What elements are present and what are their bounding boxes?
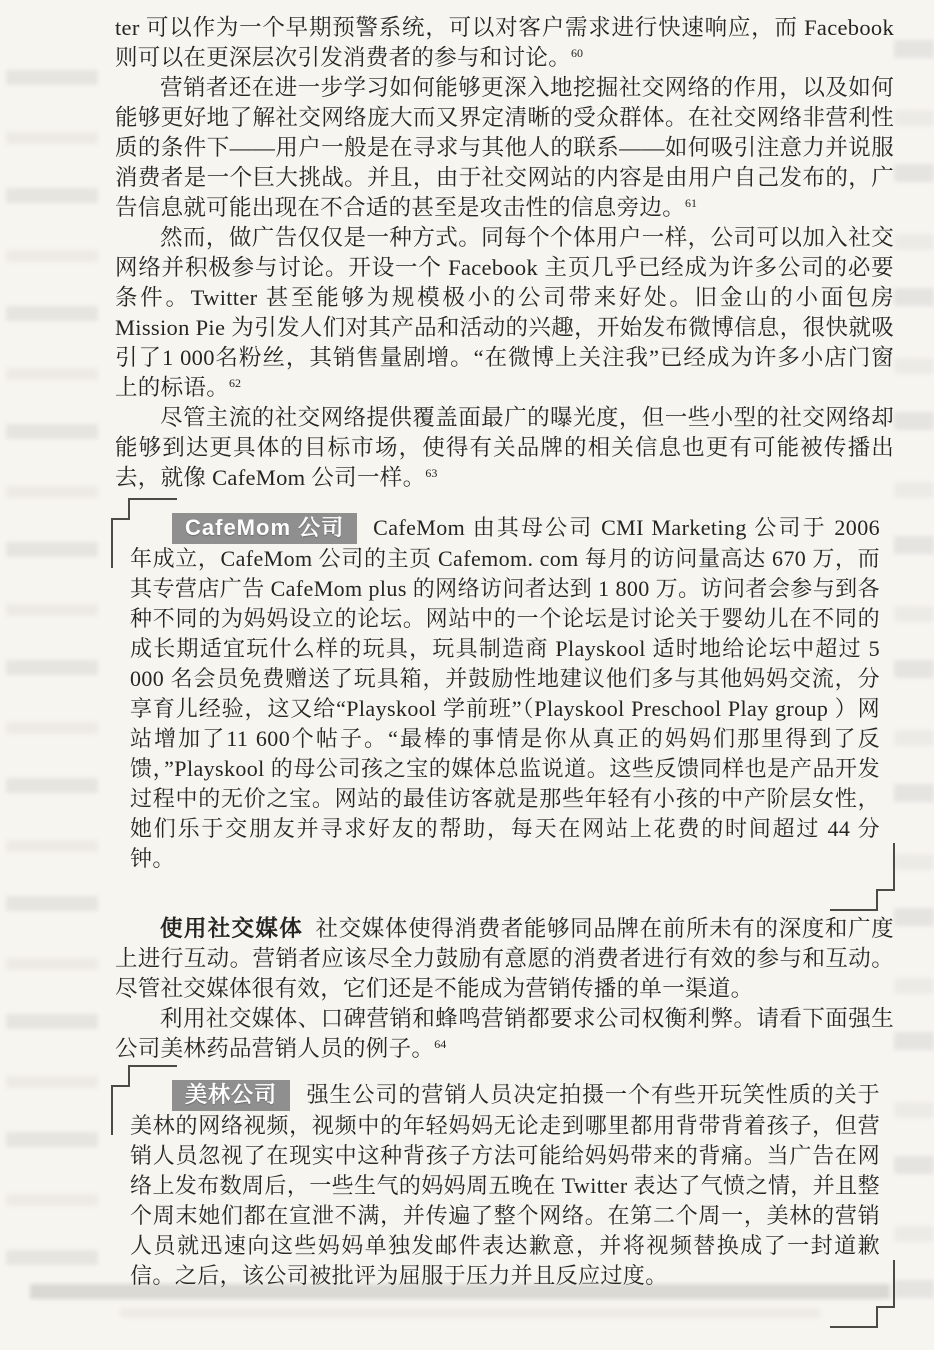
- paragraph-text: 然而，做广告仅仅是一种方式。同每个个体用户一样，公司可以加入社交网络并积极参与讨…: [115, 225, 894, 400]
- case-text: 强生公司的营销人员决定拍摄一个有些开玩笑性质的关于美林的网络视频，视频中的年轻妈…: [130, 1082, 880, 1288]
- footnote-ref-61: 61: [685, 196, 697, 210]
- body-paragraph-4: 尽管主流的社交网络提供覆盖面最广的曝光度，但一些小型的社交网络却能够到达更具体的…: [115, 403, 894, 493]
- body-paragraph-5: 利用社交媒体、口碑营销和蜂鸣营销都要求公司权衡利弊。请看下面强生公司美林药品营销…: [115, 1004, 894, 1064]
- case-box-cafemom: CafeMom 公司CafeMom 由其母公司 CMI Marketing 公司…: [130, 513, 880, 874]
- page-bleed-artifact-left: [6, 70, 98, 1300]
- footnote-ref-63: 63: [425, 466, 437, 480]
- case-paragraph: 美林公司强生公司的营销人员决定拍摄一个有些开玩笑性质的关于美林的网络视频，视频中…: [130, 1080, 880, 1291]
- case-paragraph: CafeMom 公司CafeMom 由其母公司 CMI Marketing 公司…: [130, 513, 880, 874]
- body-paragraph-2: 营销者还在进一步学习如何能够更深入地挖掘社交网络的作用，以及如何能够更好地了解社…: [115, 73, 894, 223]
- footnote-ref-64: 64: [434, 1037, 446, 1051]
- case-text: CafeMom 由其母公司 CMI Marketing 公司于 2006 年成立…: [130, 515, 880, 871]
- page-bleed-artifact-right: [894, 40, 934, 1300]
- section-paragraph-social-media: 使用社交媒体社交媒体使得消费者能够同品牌在前所未有的深度和广度上进行互动。营销者…: [115, 914, 894, 1004]
- body-paragraph-3: 然而，做广告仅仅是一种方式。同每个个体用户一样，公司可以加入社交网络并积极参与讨…: [115, 223, 894, 403]
- book-page: ter 可以作为一个早期预警系统，可以对客户需求进行快速响应，而 Faceboo…: [0, 0, 934, 1350]
- body-paragraph-1: ter 可以作为一个早期预警系统，可以对客户需求进行快速响应，而 Faceboo…: [115, 13, 894, 73]
- footnote-ref-60: 60: [571, 46, 583, 60]
- footnote-ref-62: 62: [229, 376, 241, 390]
- case-label-cafemom: CafeMom 公司: [172, 513, 357, 544]
- page-bleed-artifact-bottom-2: [120, 1308, 820, 1318]
- text-column: ter 可以作为一个早期预警系统，可以对客户需求进行快速响应，而 Faceboo…: [115, 13, 894, 1291]
- paragraph-text: ter 可以作为一个早期预警系统，可以对客户需求进行快速响应，而 Faceboo…: [115, 15, 894, 70]
- case-box-meilin: 美林公司强生公司的营销人员决定拍摄一个有些开玩笑性质的关于美林的网络视频，视频中…: [130, 1080, 880, 1291]
- paragraph-text: 尽管主流的社交网络提供覆盖面最广的曝光度，但一些小型的社交网络却能够到达更具体的…: [115, 405, 894, 490]
- paragraph-text: 营销者还在进一步学习如何能够更深入地挖掘社交网络的作用，以及如何能够更好地了解社…: [115, 75, 894, 220]
- case-label-meilin: 美林公司: [172, 1080, 290, 1111]
- section-heading: 使用社交媒体: [160, 916, 303, 941]
- paragraph-text: 利用社交媒体、口碑营销和蜂鸣营销都要求公司权衡利弊。请看下面强生公司美林药品营销…: [115, 1006, 894, 1061]
